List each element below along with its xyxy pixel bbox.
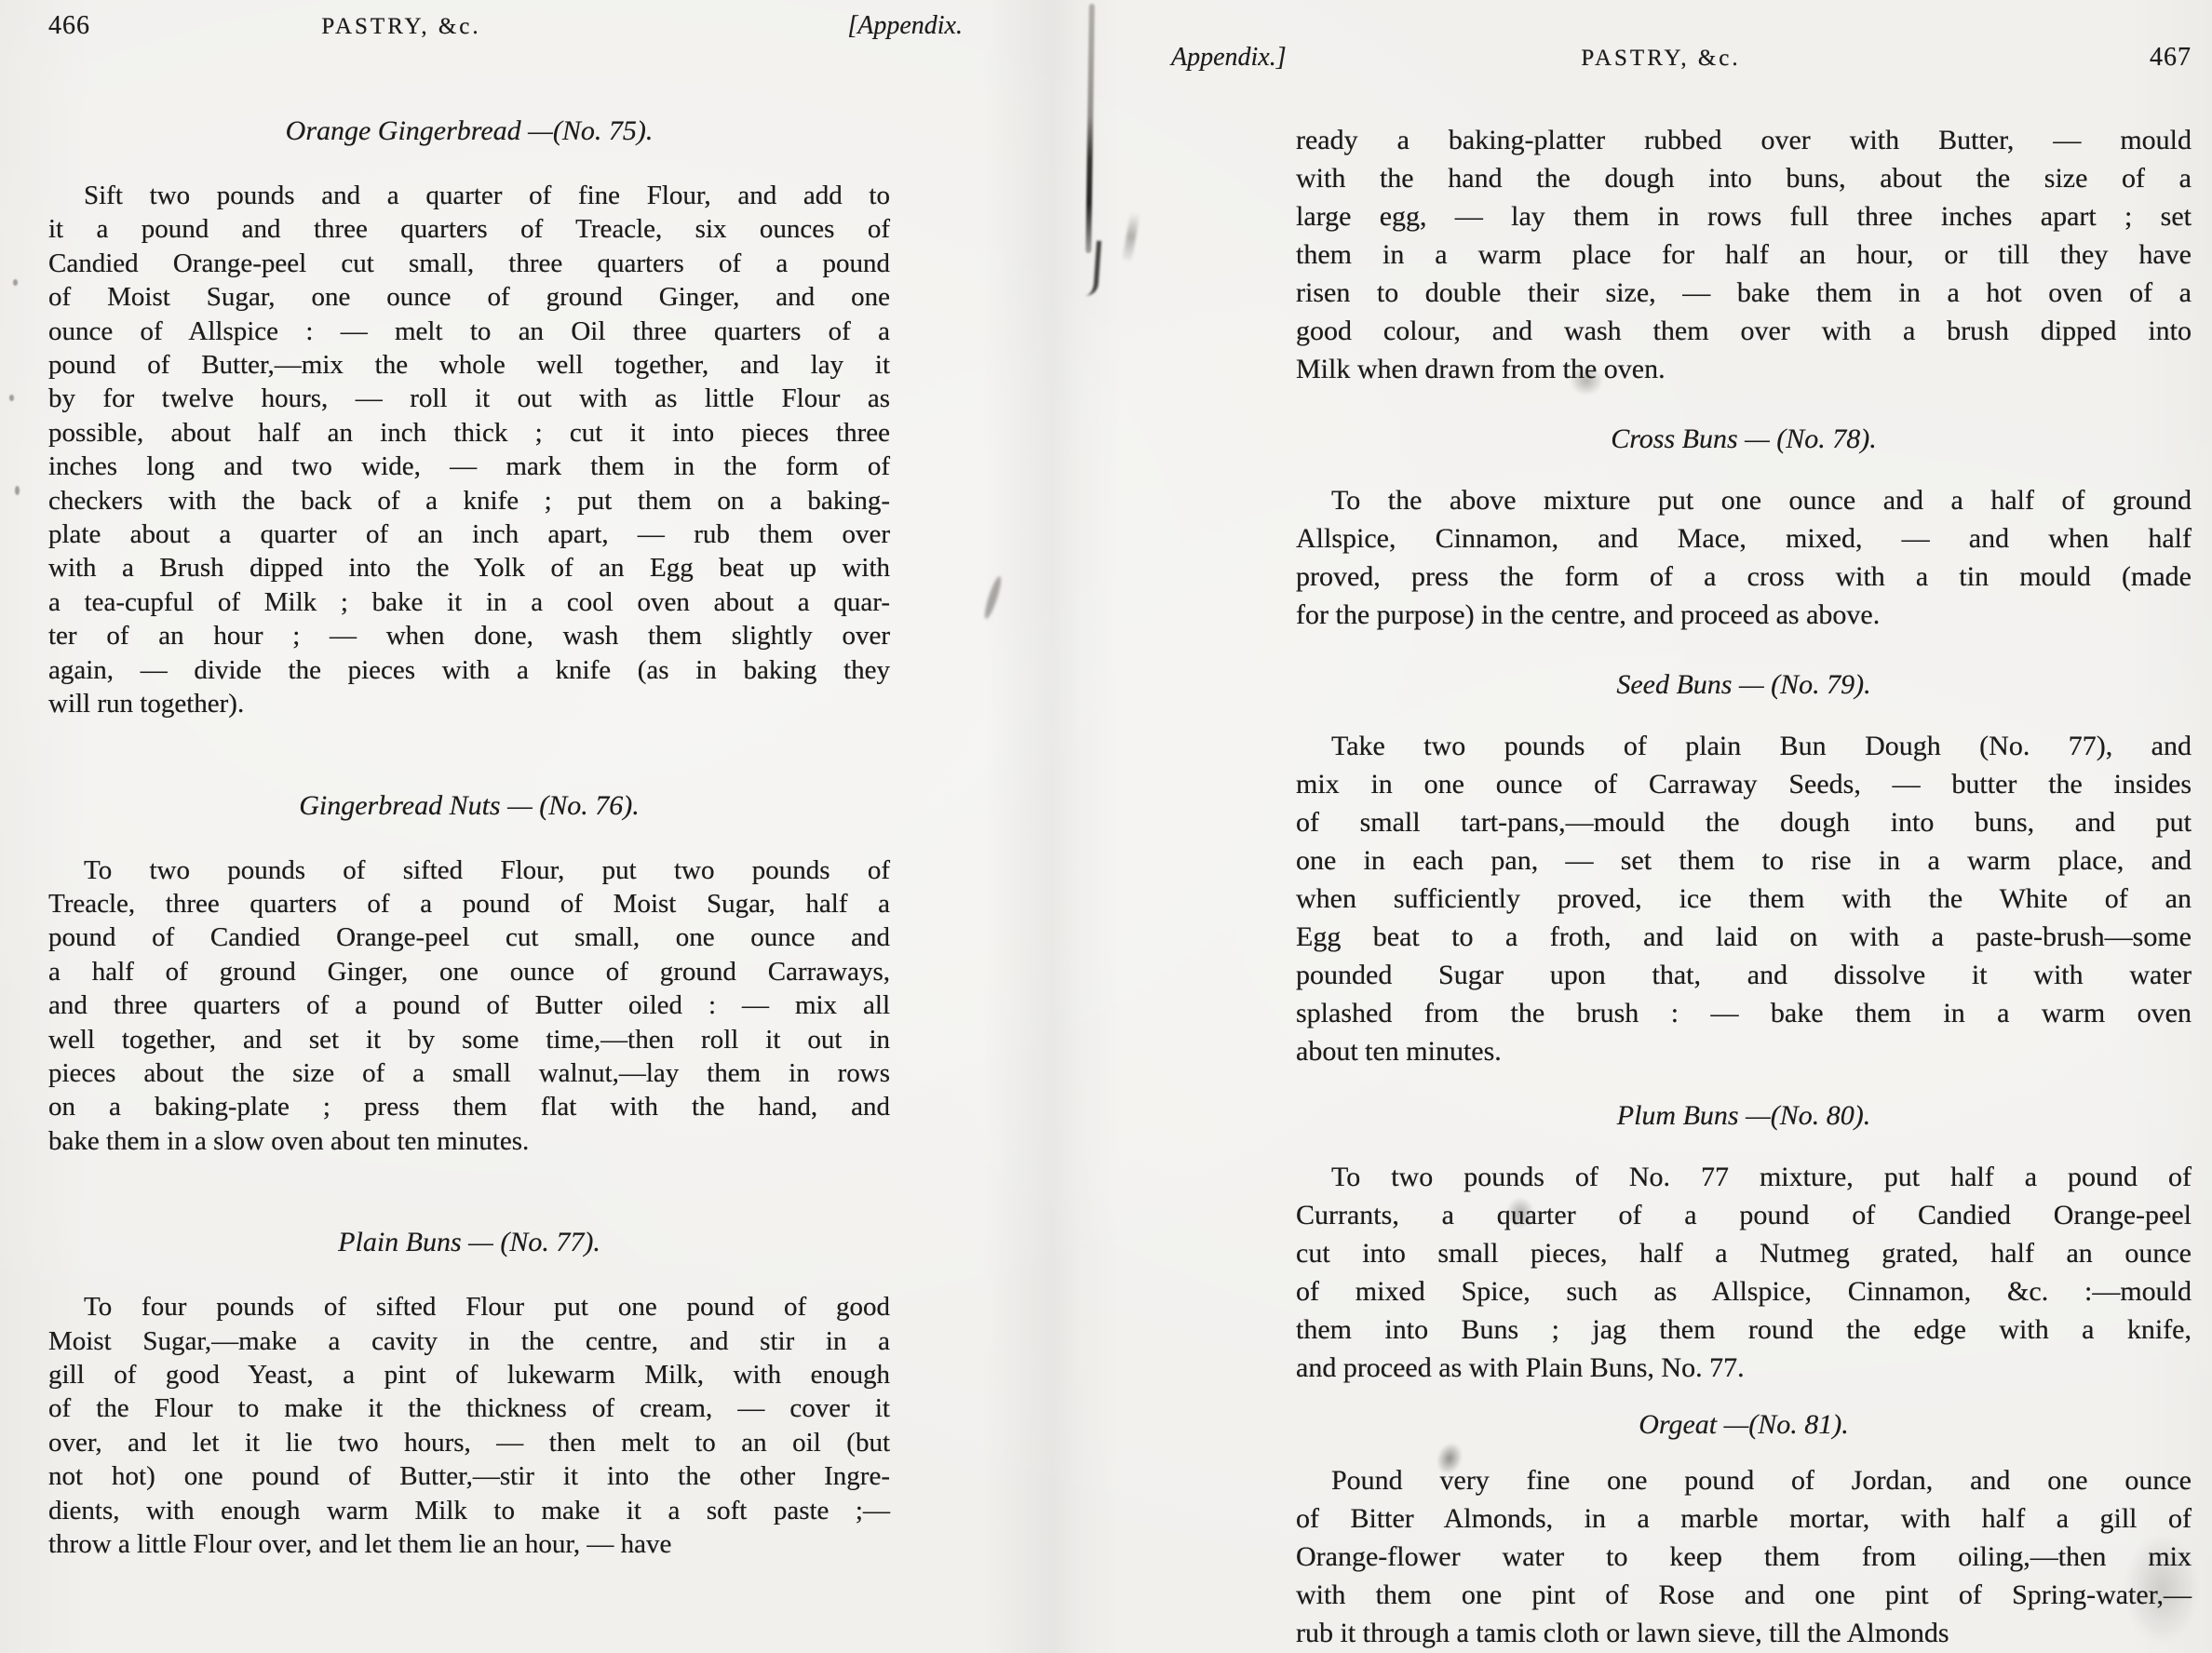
recipe-paragraph: To two pounds of No. 77 mixture, put hal… — [1296, 1158, 2192, 1387]
recipe-heading: Plain Buns — (No. 77). — [48, 1223, 890, 1262]
text-line: possible, about half an inch thick ; cut… — [48, 416, 890, 450]
text-line: checkers with the back of a knife ; put … — [48, 484, 890, 517]
left-page-body: Orange Gingerbread —(No. 75).Sift two po… — [48, 112, 963, 1561]
recipe-paragraph: Pound very fine one pound of Jordan, and… — [1296, 1461, 2192, 1652]
text-line: for the purpose) in the centre, and proc… — [1296, 596, 2192, 634]
scan-speck — [15, 486, 20, 495]
right-appendix-label: Appendix.] — [1171, 43, 1511, 73]
text-line: large egg, — lay them in rows full three… — [1296, 197, 2192, 235]
text-line: Allspice, Cinnamon, and Mace, mixed, — a… — [1296, 519, 2192, 558]
text-line: To four pounds of sifted Flour put one p… — [48, 1290, 890, 1324]
left-page-header: 466 PASTRY, &c. [Appendix. — [48, 11, 963, 52]
text-line: it a pound and three quarters of Treacle… — [48, 212, 890, 246]
text-line: one in each pan, — set them to rise in a… — [1296, 841, 2192, 880]
text-line: by for twelve hours, — roll it out with … — [48, 382, 890, 415]
text-line: To two pounds of sifted Flour, put two p… — [48, 853, 890, 887]
text-line: Pound very fine one pound of Jordan, and… — [1296, 1461, 2192, 1499]
text-line: them in a warm place for half an hour, o… — [1296, 235, 2192, 274]
text-line: inches long and two wide, — mark them in… — [48, 450, 890, 483]
recipe-heading: Plum Buns —(No. 80). — [1296, 1096, 2192, 1136]
text-line: rub it through a tamis cloth or lawn sie… — [1296, 1614, 2192, 1652]
recipe-heading: Orange Gingerbread —(No. 75). — [48, 112, 890, 151]
right-page-body: ready a baking-platter rubbed over with … — [1171, 121, 2192, 1652]
recipe-heading: Seed Buns — (No. 79). — [1296, 665, 2192, 705]
text-line: will run together). — [48, 687, 890, 720]
text-line: Candied Orange-peel cut small, three qua… — [48, 247, 890, 280]
text-line: of Moist Sugar, one ounce of ground Ging… — [48, 280, 890, 314]
recipe-paragraph: Take two pounds of plain Bun Dough (No. … — [1296, 727, 2192, 1070]
text-line: Egg beat to a froth, and laid on with a … — [1296, 918, 2192, 956]
text-line: pieces about the size of a small walnut,… — [48, 1056, 890, 1090]
recipe-heading: Orgeat —(No. 81). — [1296, 1405, 2192, 1445]
book-scan: 466 PASTRY, &c. [Appendix. Orange Ginger… — [0, 0, 2212, 1653]
scan-speck — [13, 279, 18, 286]
text-line: when sufficiently proved, ice them with … — [1296, 880, 2192, 918]
gutter-crease-mark — [1086, 4, 1095, 253]
text-line: mix in one ounce of Carraway Seeds, — bu… — [1296, 765, 2192, 803]
text-line: Treacle, three quarters of a pound of Mo… — [48, 887, 890, 921]
recipe-paragraph: To two pounds of sifted Flour, put two p… — [48, 853, 890, 1159]
scan-speck — [9, 395, 14, 401]
text-line: Moist Sugar,—make a cavity in the centre… — [48, 1324, 890, 1358]
text-line: well together, and set it by some time,—… — [48, 1023, 890, 1056]
text-line: over, and let it lie two hours, — then m… — [48, 1426, 890, 1459]
text-line: of Bitter Almonds, in a marble mortar, w… — [1296, 1499, 2192, 1538]
right-running-title: PASTRY, &c. — [1490, 46, 1830, 72]
text-line: gill of good Yeast, a pint of lukewarm M… — [48, 1358, 890, 1391]
recipe-heading: Gingerbread Nuts — (No. 76). — [48, 786, 890, 826]
text-line: and three quarters of a pound of Butter … — [48, 988, 890, 1022]
text-line: ounce of Allspice : — melt to an Oil thr… — [48, 315, 890, 348]
left-page: 466 PASTRY, &c. [Appendix. Orange Ginger… — [48, 11, 963, 1561]
text-line: with the hand the dough into buns, about… — [1296, 159, 2192, 197]
text-line: of small tart-pans,—mould the dough into… — [1296, 803, 2192, 841]
text-line: Currants, a quarter of a pound of Candie… — [1296, 1196, 2192, 1234]
text-line: again, — divide the pieces with a knife … — [48, 653, 890, 687]
text-line: of mixed Spice, such as Allspice, Cinnam… — [1296, 1272, 2192, 1310]
text-line: ready a baking-platter rubbed over with … — [1296, 121, 2192, 159]
recipe-paragraph: To four pounds of sifted Flour put one p… — [48, 1290, 890, 1561]
text-line: risen to double their size, — bake them … — [1296, 274, 2192, 312]
text-line: them into Buns ; jag them round the edge… — [1296, 1310, 2192, 1349]
right-page: Appendix.] PASTRY, &c. 467 ready a bakin… — [1171, 43, 2192, 1652]
text-line: about ten minutes. — [1296, 1032, 2192, 1070]
text-line: splashed from the brush : — bake them in… — [1296, 994, 2192, 1032]
text-line: good colour, and wash them over with a b… — [1296, 312, 2192, 350]
gutter-crease-lower — [982, 575, 1004, 620]
text-line: plate about a quarter of an inch apart, … — [48, 517, 890, 551]
gutter-crease-hook — [1074, 239, 1101, 297]
recipe-paragraph: ready a baking-platter rubbed over with … — [1296, 121, 2192, 388]
text-line: with them one pint of Rose and one pint … — [1296, 1576, 2192, 1614]
text-line: Sift two pounds and a quarter of fine Fl… — [48, 179, 890, 212]
left-running-title: PASTRY, &c. — [249, 14, 553, 40]
text-line: Take two pounds of plain Bun Dough (No. … — [1296, 727, 2192, 765]
text-line: Milk when drawn from the oven. — [1296, 350, 2192, 388]
text-line: pound of Butter,—mix the whole well toge… — [48, 348, 890, 382]
text-line: not hot) one pound of Butter,—stir it in… — [48, 1459, 890, 1493]
text-line: Orange-flower water to keep them from oi… — [1296, 1538, 2192, 1576]
text-line: cut into small pieces, half a Nutmeg gra… — [1296, 1234, 2192, 1272]
text-line: throw a little Flour over, and let them … — [48, 1527, 890, 1561]
text-line: of the Flour to make it the thickness of… — [48, 1391, 890, 1425]
recipe-heading: Cross Buns — (No. 78). — [1296, 420, 2192, 459]
text-line: ter of an hour ; — when done, wash them … — [48, 619, 890, 652]
text-line: a half of ground Ginger, one ounce of gr… — [48, 955, 890, 988]
text-line: with a Brush dipped into the Yolk of an … — [48, 551, 890, 585]
text-line: and proceed as with Plain Buns, No. 77. — [1296, 1349, 2192, 1387]
text-line: bake them in a slow oven about ten minut… — [48, 1124, 890, 1158]
text-line: on a baking-plate ; press them flat with… — [48, 1090, 890, 1123]
text-line: To the above mixture put one ounce and a… — [1296, 481, 2192, 519]
text-line: a tea-cupful of Milk ; bake it in a cool… — [48, 585, 890, 619]
left-appendix-label: [Appendix. — [658, 11, 963, 41]
text-line: dients, with enough warm Milk to make it… — [48, 1494, 890, 1527]
text-line: proved, press the form of a cross with a… — [1296, 558, 2192, 596]
recipe-paragraph: Sift two pounds and a quarter of fine Fl… — [48, 179, 890, 721]
text-line: pound of Candied Orange-peel cut small, … — [48, 921, 890, 954]
right-page-number: 467 — [1852, 43, 2192, 73]
recipe-paragraph: To the above mixture put one ounce and a… — [1296, 481, 2192, 634]
gutter-crease-faint — [1123, 212, 1140, 262]
text-line: pounded Sugar upon that, and dissolve it… — [1296, 956, 2192, 994]
text-line: To two pounds of No. 77 mixture, put hal… — [1296, 1158, 2192, 1196]
right-page-header: Appendix.] PASTRY, &c. 467 — [1171, 43, 2192, 84]
